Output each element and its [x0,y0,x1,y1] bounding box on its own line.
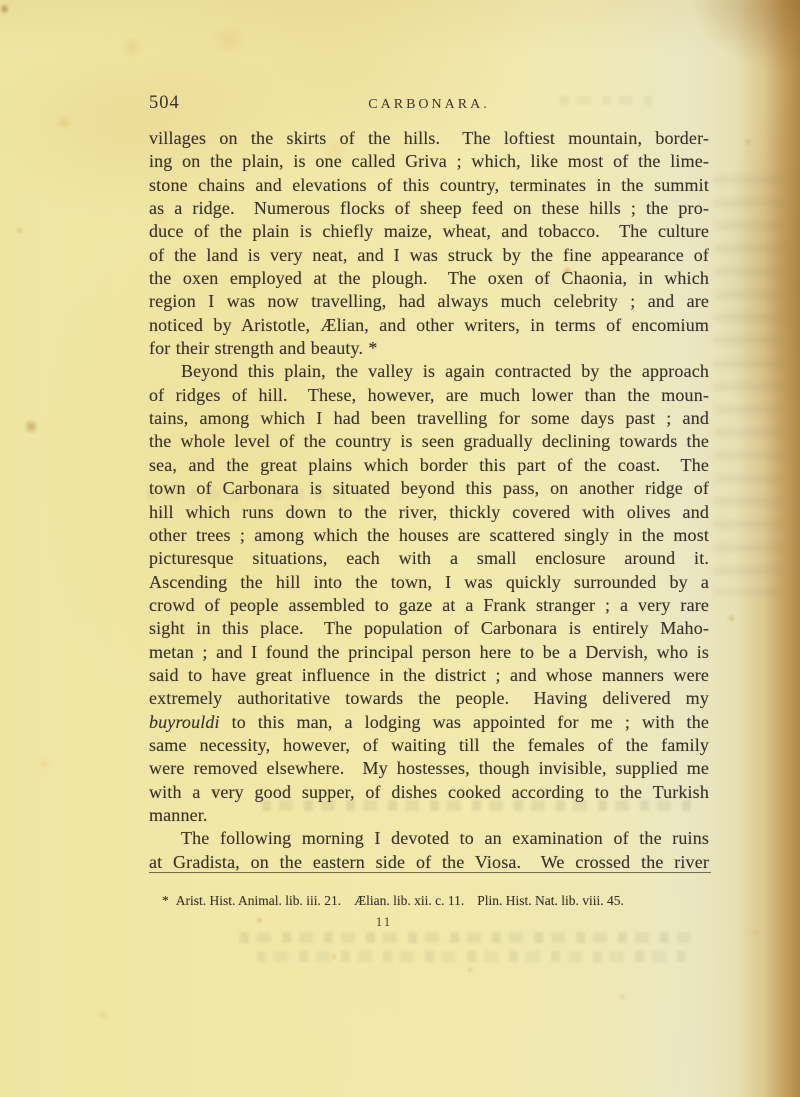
line-text: as a ridge. Numerous flocks of sheep fee… [149,198,709,218]
ghost-margin-smudge [714,175,782,595]
body-line: Beyond this plain, the valley is again c… [149,360,709,383]
line-text: town of Carbonara is situated beyond thi… [149,478,709,498]
body-line: sight in this place. The population of C… [149,617,709,640]
body-line: villages on the skirts of the hills. The… [149,127,709,150]
foxing-spot [15,226,24,235]
body-line: ing on the plain, is one called Griva ; … [149,150,709,173]
line-text: stone chains and elevations of this coun… [149,175,709,195]
line-text: villages on the skirts of the hills. The… [149,128,709,148]
body-line: crowd of people assembled to gaze at a F… [149,594,709,617]
body-line: buyrouldi to this man, a lodging was app… [149,711,709,734]
italic-word: buyrouldi [149,712,220,732]
footnote: *Arist. Hist. Animal. lib. iii. 21.Ælian… [149,892,709,910]
line-text: The following morning I devoted to an ex… [181,828,709,848]
line-text: picturesque situations, each with a smal… [149,548,709,568]
line-text: crowd of people assembled to gaze at a F… [149,595,709,615]
foxing-spot [24,418,38,435]
foxing-spot [466,966,474,974]
foxing-spot [55,115,74,130]
body-line: were removed elsewhere. My hostesses, th… [149,757,709,780]
body-line: same necessity, however, of waiting till… [149,734,709,757]
footnote-marker: * [162,893,169,908]
body-line: hill which runs down to the river, thick… [149,501,709,524]
line-text: with a very good supper, of dishes cooke… [149,782,709,802]
footnote-citation: Ælian. lib. xii. c. 11. [354,893,464,908]
body-line: tains, among which I had been travelling… [149,407,709,430]
line-text: region I was now travelling, had always … [149,291,709,311]
text-block: villages on the skirts of the hills. The… [149,127,709,874]
line-text: Beyond this plain, the valley is again c… [181,361,709,381]
body-line: at Gradista, on the eastern side of the … [149,851,709,874]
line-text: said to have great influence in the dist… [149,665,709,685]
foxing-spot [256,917,263,924]
footnote-citations: Arist. Hist. Animal. lib. iii. 21.Ælian.… [176,893,637,908]
line-text: Ascending the hill into the town, I was … [149,572,709,592]
foxing-spot [118,38,145,57]
body-line: of ridges of hill. These, however, are m… [149,384,709,407]
footnote-citation: Plin. Hist. Nat. lib. viii. 45. [477,893,624,908]
line-text: noticed by Aristotle, Ælian, and other w… [149,315,709,335]
line-text: of ridges of hill. These, however, are m… [149,385,709,405]
body-line: region I was now travelling, had always … [149,290,709,313]
body-line: the whole level of the country is seen g… [149,430,709,453]
line-text: for their strength and beauty. * [149,338,378,358]
foxing-spot [744,138,752,146]
body-line: with a very good supper, of dishes cooke… [149,781,709,804]
body-line: duce of the plain is chiefly maize, whea… [149,220,709,243]
foxing-spot [208,28,250,52]
line-text: metan ; and I found the principal person… [149,642,709,662]
line-text: sea, and the great plains which border t… [149,455,709,475]
foxing-spot [330,953,338,960]
body-line: extremely authoritative towards the peop… [149,687,709,710]
line-text: hill which runs down to the river, thick… [149,502,709,522]
line-text: at Gradista, on the eastern side of the … [149,852,709,872]
body-line: other trees ; among which the houses are… [149,524,709,547]
footnote-citation: Arist. Hist. Animal. lib. iii. 21. [176,893,341,908]
line-text: the oxen employed at the plough. The oxe… [149,268,709,288]
ghost-text-smudge [240,932,700,943]
foxing-spot [0,3,9,15]
line-text: ing on the plain, is one called Griva ; … [149,151,709,171]
line-text: same necessity, however, of waiting till… [149,735,709,755]
body-line: metan ; and I found the principal person… [149,641,709,664]
line-text: were removed elsewhere. My hostesses, th… [149,758,709,778]
body-line: The following morning I devoted to an ex… [149,827,709,850]
foxing-spot [618,993,627,1001]
foxing-spot [98,1010,109,1020]
body-line: the oxen employed at the plough. The oxe… [149,267,709,290]
body-line: picturesque situations, each with a smal… [149,547,709,570]
line-text: the whole level of the country is seen g… [149,431,709,451]
footnote-rule [149,872,711,873]
line-text: extremely authoritative towards the peop… [149,688,709,708]
line-text: sight in this place. The population of C… [149,618,709,638]
ghost-text-smudge [257,951,685,962]
line-text: manner. [149,805,208,825]
body-line: Ascending the hill into the town, I was … [149,571,709,594]
foxing-spot [750,928,761,938]
body-line: stone chains and elevations of this coun… [149,174,709,197]
body-line: sea, and the great plains which border t… [149,454,709,477]
body-line: town of Carbonara is situated beyond thi… [149,477,709,500]
body-line: of the land is very neat, and I was stru… [149,244,709,267]
book-page-scan: 504 CARBONARA. villages on the skirts of… [0,0,800,1097]
signature-mark: 11 [369,914,399,930]
line-text: to this man, a lodging was appointed for… [220,712,709,732]
body-line: for their strength and beauty. * [149,337,709,360]
body-line: manner. [149,804,709,827]
line-text: tains, among which I had been travelling… [149,408,709,428]
line-text: other trees ; among which the houses are… [149,525,709,545]
running-head: CARBONARA. [149,97,709,113]
body-line: as a ridge. Numerous flocks of sheep fee… [149,197,709,220]
body-line: noticed by Aristotle, Ælian, and other w… [149,314,709,337]
body-line: said to have great influence in the dist… [149,664,709,687]
line-text: duce of the plain is chiefly maize, whea… [149,221,709,241]
line-text: of the land is very neat, and I was stru… [149,245,709,265]
foxing-spot [727,614,736,623]
foxing-spot [38,758,51,769]
